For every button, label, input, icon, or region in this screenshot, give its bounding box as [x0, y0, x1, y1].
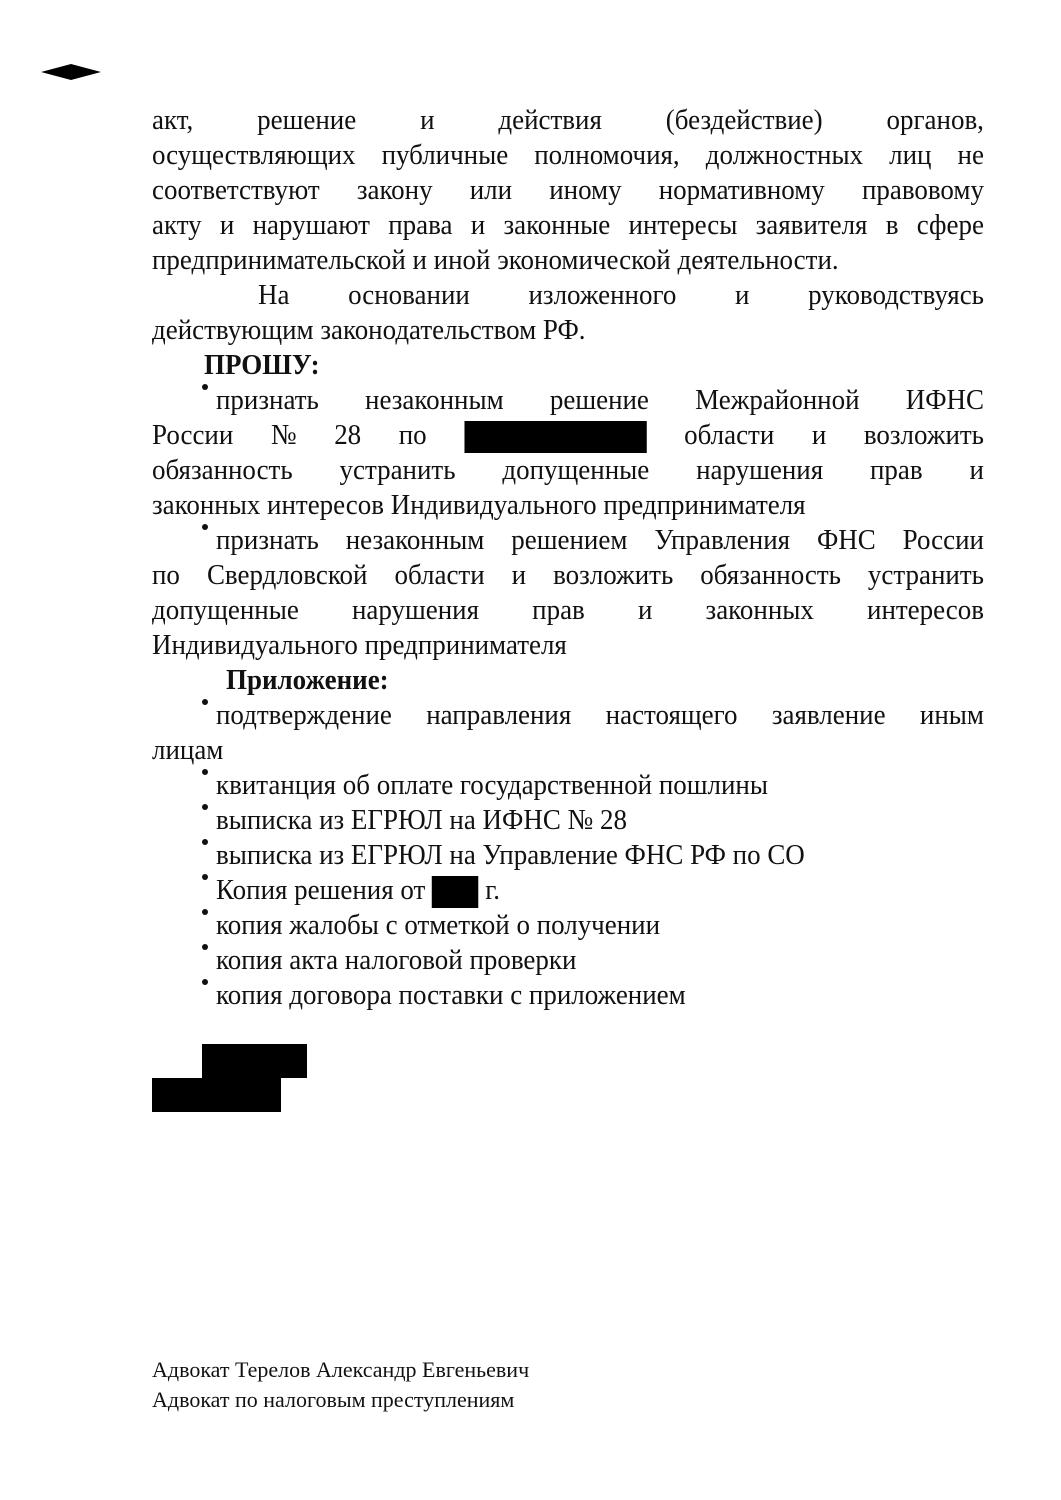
- word: правовому: [862, 173, 984, 208]
- word: публичные: [382, 138, 509, 173]
- word: сфере: [917, 208, 984, 243]
- basis-line: Наоснованииизложенногоируководствуясь: [258, 278, 984, 313]
- word: и: [812, 418, 826, 453]
- word: по: [152, 558, 180, 593]
- word: возложить: [864, 418, 984, 453]
- attachment-item: квитанция об оплате государственной пошл…: [216, 768, 984, 803]
- word: и: [420, 103, 434, 138]
- word: изложенного: [528, 278, 676, 313]
- request-line: поСвердловскойобластиивозложитьобязаннос…: [152, 558, 984, 593]
- word: прав: [870, 453, 923, 488]
- redacted-signature: [202, 1044, 307, 1078]
- word: основании: [348, 278, 470, 313]
- word: решение: [550, 383, 649, 418]
- word: акту: [152, 208, 202, 243]
- bullet-icon: [202, 804, 208, 810]
- word: На: [258, 278, 289, 313]
- word: иному: [549, 173, 621, 208]
- word: нарушают: [253, 208, 370, 243]
- word: органов,: [887, 103, 984, 138]
- word: (бездействие): [666, 103, 823, 138]
- word: обязанность: [152, 453, 293, 488]
- word: и: [735, 278, 749, 313]
- bullet-icon: [202, 524, 208, 530]
- word: заявление: [772, 698, 886, 733]
- attachments-heading: Приложение:: [226, 663, 984, 698]
- attachment-item: копия акта налоговой проверки: [216, 943, 984, 978]
- attachment-item: подтверждениенаправлениянастоящегозаявле…: [216, 698, 984, 733]
- word: или: [470, 173, 512, 208]
- word: области: [684, 418, 774, 453]
- word: направления: [426, 698, 571, 733]
- word: лиц: [889, 138, 931, 173]
- intro-line: предпринимательской и иной экономической…: [152, 243, 984, 278]
- bullet-icon: [202, 944, 208, 950]
- word: интересы: [629, 208, 738, 243]
- attachment-item: выписка из ЕГРЮЛ на ИФНС № 28: [216, 803, 984, 838]
- request-line: России№28пообластиивозложить: [152, 418, 984, 453]
- word: и: [471, 208, 485, 243]
- bullet-icon: [202, 384, 208, 390]
- word: и: [512, 558, 526, 593]
- request-line: допущенныенарушенияправизаконныхинтересо…: [152, 593, 984, 628]
- word: [464, 418, 646, 453]
- word: осуществляющих: [152, 138, 356, 173]
- word: должностных: [706, 138, 863, 173]
- word: и: [970, 453, 984, 488]
- redacted-date: [432, 876, 479, 908]
- word: действия: [498, 103, 601, 138]
- word: устранить: [868, 558, 984, 593]
- diamond-icon: [41, 64, 101, 80]
- request-line: законных интересов Индивидуального предп…: [152, 488, 984, 523]
- intro-line: актуинарушаютправаизаконныеинтересызаяви…: [152, 208, 984, 243]
- attachment-item: лицам: [152, 733, 984, 768]
- word: Управления: [654, 523, 790, 558]
- request-line: обязанностьустранитьдопущенныенарушенияп…: [152, 453, 984, 488]
- signature-title: Адвокат по налоговым преступлениям: [152, 1386, 514, 1414]
- word: настоящего: [606, 698, 738, 733]
- intro-line: осуществляющихпубличныеполномочия,должно…: [152, 138, 984, 173]
- word: не: [958, 138, 984, 173]
- word: ИФНС: [906, 383, 984, 418]
- bullet-icon: [202, 699, 208, 705]
- basis-line: действующим законодательством РФ.: [152, 313, 984, 348]
- word: области: [394, 558, 484, 593]
- intro-line: акт,решениеидействия(бездействие)органов…: [152, 103, 984, 138]
- word: нарушения: [696, 453, 823, 488]
- word: допущенные: [152, 593, 299, 628]
- word: нормативному: [659, 173, 825, 208]
- word: прав: [532, 593, 585, 628]
- attachment-item: выписка из ЕГРЮЛ на Управление ФНС РФ по…: [216, 838, 984, 873]
- word: нарушения: [352, 593, 479, 628]
- word: и: [220, 208, 234, 243]
- word: иным: [920, 698, 984, 733]
- word: решением: [511, 523, 627, 558]
- word: закону: [357, 173, 433, 208]
- word: незаконным: [365, 383, 504, 418]
- word: соответствуют: [152, 173, 320, 208]
- word: 28: [334, 418, 361, 453]
- request-line: Индивидуального предпринимателя: [152, 628, 984, 663]
- word: Межрайонной: [695, 383, 859, 418]
- word: обязанность: [700, 558, 841, 593]
- intro-line: соответствуютзаконуилииномунормативномуп…: [152, 173, 984, 208]
- bullet-icon: [202, 839, 208, 845]
- request-line: признатьнезаконнымрешениемУправленияФНСР…: [216, 523, 984, 558]
- attachment-item: копия жалобы с отметкой о получении: [216, 908, 984, 943]
- word: незаконным: [346, 523, 485, 558]
- redacted-name: [152, 1078, 281, 1112]
- attachment-item: Копия решения от г.: [216, 873, 984, 908]
- bullet-icon: [202, 909, 208, 915]
- word: в: [886, 208, 899, 243]
- word: заявителя: [756, 208, 868, 243]
- document-page: акт,решениеидействия(бездействие)органов…: [0, 0, 1061, 1500]
- word: акт,: [152, 103, 193, 138]
- word: по: [399, 418, 427, 453]
- attachment-item: копия договора поставки с приложением: [216, 978, 984, 1013]
- redacted-region: [464, 421, 646, 453]
- word: допущенные: [502, 453, 649, 488]
- word: руководствуясь: [808, 278, 984, 313]
- bullet-icon: [202, 874, 208, 880]
- signature-name: Адвокат Терелов Александр Евгеньевич: [152, 1356, 529, 1384]
- request-heading: ПРОШУ:: [204, 348, 984, 383]
- request-line: признатьнезаконнымрешениеМежрайоннойИФНС: [216, 383, 984, 418]
- word: ФНС: [817, 523, 876, 558]
- word: подтверждение: [216, 698, 392, 733]
- word: полномочия,: [534, 138, 679, 173]
- word: интересов: [867, 593, 984, 628]
- word: №: [271, 418, 297, 453]
- word: Свердловской: [207, 558, 368, 593]
- word: возложить: [553, 558, 673, 593]
- bullet-icon: [202, 979, 208, 985]
- word: России: [152, 418, 233, 453]
- word: и: [638, 593, 652, 628]
- word: права: [388, 208, 452, 243]
- word: решение: [257, 103, 356, 138]
- word: признать: [216, 523, 319, 558]
- bullet-icon: [202, 769, 208, 775]
- word: России: [903, 523, 984, 558]
- word: устранить: [340, 453, 456, 488]
- word: законные: [503, 208, 610, 243]
- word: признать: [216, 383, 319, 418]
- word: законных: [706, 593, 814, 628]
